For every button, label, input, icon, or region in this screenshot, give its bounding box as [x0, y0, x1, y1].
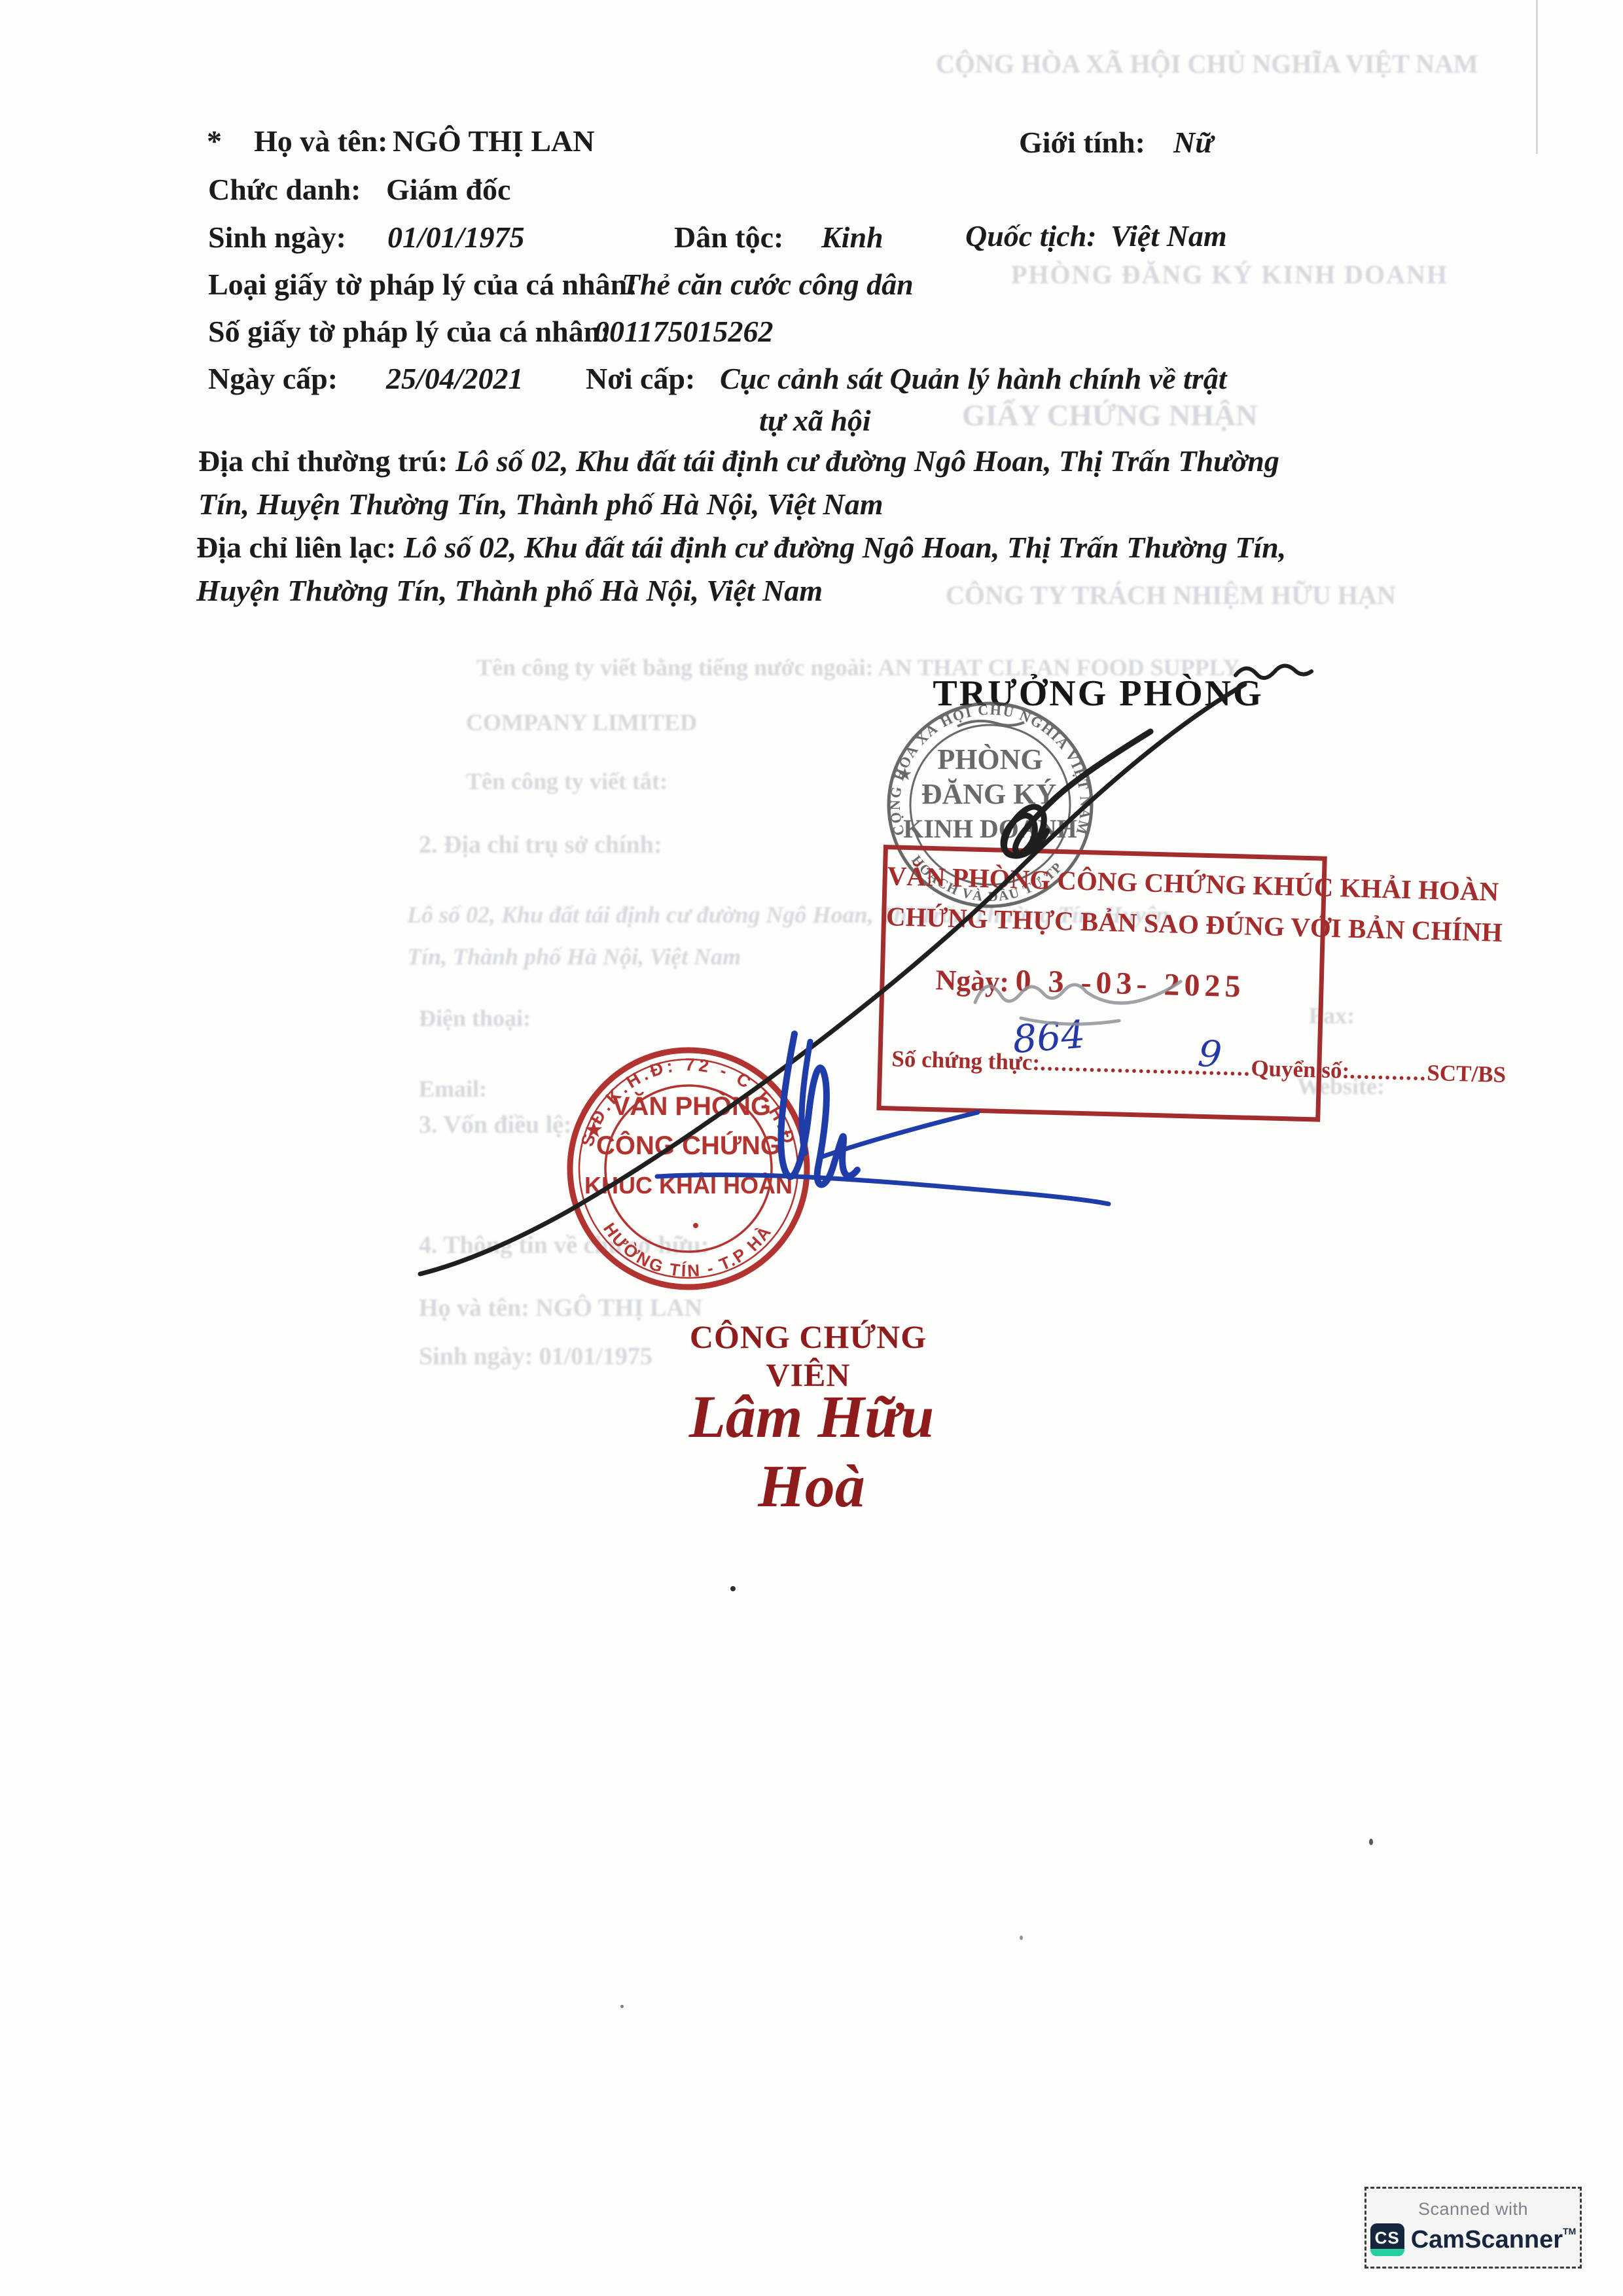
certification-date-label: Ngày: [935, 963, 1010, 998]
ghost-line: Tên công ty viết tắt: [466, 769, 668, 793]
notary-stamp-star-icon: ★ [584, 1118, 603, 1142]
registry-stamp-line2: ĐĂNG KÝ [921, 778, 1057, 810]
book-suffix: SCT/BS [1427, 1060, 1507, 1087]
blue-signature-loops [781, 1034, 857, 1185]
notary-stamp-line2: CÔNG CHỨNG [596, 1130, 781, 1160]
contact-address-label: Địa chỉ liên lạc: [196, 531, 396, 564]
registry-stamp-line3: KINH DOANH [903, 814, 1077, 843]
title-label: Chức danh: [208, 175, 361, 205]
ghost-line: Họ và tên: NGÔ THỊ LAN [419, 1296, 702, 1320]
gender-value: Nữ [1173, 128, 1213, 158]
certification-stamp-text: CHỨNG THỰC BẢN SAO ĐÚNG VỚI BẢN CHÍNH [886, 900, 1321, 943]
title-value: Giám đốc [386, 175, 510, 205]
ghost-line: Sinh ngày: 01/01/1975 [419, 1344, 652, 1369]
dob-label: Sinh ngày: [208, 222, 346, 253]
legal-doc-type-label: Loại giấy tờ pháp lý của cá nhân: [208, 270, 637, 300]
notary-office-round-stamp: S.Đ.K.H.Đ: 72 - C.T.H.Đ H. THƯỜNG TÍN - … [558, 1038, 819, 1299]
registry-stamp-ring-top: CỘNG HÒA XÃ HỘI CHỦ NGHĨA VIỆT NAM [887, 701, 1094, 838]
notary-stamp-ring-top: S.Đ.K.H.Đ: 72 - C.T.H.Đ [577, 1055, 800, 1149]
notary-name-script: Lâm Hữu Hoà [628, 1382, 995, 1521]
scan-speck [620, 2005, 624, 2008]
blue-signature-stroke2 [802, 1042, 810, 1153]
permanent-address-value: Lô số 02, Khu đất tái định cư đường Ngô … [455, 444, 1279, 478]
book-dots-2: .... [1399, 1059, 1427, 1086]
approver-title: TRƯỞNG PHÒNG [915, 673, 1281, 715]
legal-doc-number-value: 001175015262 [594, 317, 773, 347]
book-dots-1: ....... [1349, 1058, 1399, 1085]
permanent-address-line2: Tín, Huyện Thường Tín, Thành phố Hà Nội,… [198, 489, 883, 520]
ghost-line: Tín, Thành phố Hà Nội, Việt Nam [407, 945, 741, 968]
contact-address-line2: Huyện Thường Tín, Thành phố Hà Nội, Việt… [196, 576, 823, 606]
registry-stamp-line1: PHÒNG [937, 743, 1043, 775]
book-number-label: Quyển số: [1251, 1055, 1350, 1084]
issue-date-value: 25/04/2021 [386, 364, 524, 394]
ethnicity-value: Kinh [821, 222, 883, 253]
scan-speck [1369, 1839, 1373, 1845]
ethnicity-label: Dân tộc: [674, 222, 783, 253]
ghost-line: Email: [419, 1077, 487, 1101]
registry-stamp-star-icon: ★ [897, 765, 912, 784]
name-value: NGÔ THỊ LAN [393, 126, 594, 156]
legal-doc-number-label: Số giấy tờ pháp lý của cá nhân: [208, 317, 611, 347]
gender-label: Giới tính: [1019, 128, 1145, 158]
ghost-line: GIẤY CHỨNG NHẬN [962, 400, 1257, 431]
camscanner-badge: Scanned with CS CamScannerTM [1364, 2187, 1582, 2269]
blue-signature-underline [657, 1174, 1109, 1204]
issue-place-value-line2: tự xã hội [759, 406, 871, 436]
ghost-line: COMPANY LIMITED [466, 711, 697, 734]
issue-place-label: Nơi cấp: [586, 364, 695, 394]
dob-value: 01/01/1975 [387, 222, 525, 253]
permanent-address-line1: Địa chỉ thường trú: Lô số 02, Khu đất tá… [198, 446, 1279, 476]
ghost-line: CỘNG HÒA XÃ HỘI CHỦ NGHĨA VIỆT NAM [936, 51, 1478, 77]
camscanner-tm: TM [1563, 2226, 1576, 2236]
svg-text:S.Đ.K.H.Đ: 72 - C.T.H.Đ: S.Đ.K.H.Đ: 72 - C.T.H.Đ [577, 1055, 800, 1149]
camscanner-app-name: CamScanner [1411, 2226, 1563, 2253]
ghost-line: CÔNG TY TRÁCH NHIỆM HỮU HẠN [946, 582, 1396, 609]
notary-stamp-line3: KHÚC KHẢI HOÀN [584, 1171, 793, 1199]
scan-edge-artifact [1536, 0, 1538, 154]
issue-date-label: Ngày cấp: [208, 364, 338, 394]
contact-address-value: Lô số 02, Khu đất tái định cư đường Ngô … [404, 531, 1286, 564]
bullet-star: * [207, 126, 222, 156]
ghost-line: PHÒNG ĐĂNG KÝ KINH DOANH [1011, 262, 1448, 288]
notary-stamp-line1: VĂN PHÒNG [613, 1091, 771, 1121]
legal-doc-type-value: Thẻ căn cước công dân [622, 270, 914, 300]
ghost-line: 4. Thông tin về chủ sở hữu: [419, 1233, 709, 1258]
scan-speck [730, 1586, 736, 1591]
black-spiral-scribble [1003, 732, 1150, 856]
issue-place-value-line1: Cục cảnh sát Quản lý hành chính về trật [720, 364, 1227, 394]
svg-text:CỘNG HÒA XÃ HỘI CHỦ NGHĨA VIỆT: CỘNG HÒA XÃ HỘI CHỦ NGHĨA VIỆT NAM [887, 701, 1094, 838]
ghost-line: 2. Địa chỉ trụ sở chính: [419, 832, 662, 857]
ghost-line: Điện thoại: [419, 1006, 531, 1030]
certification-stamp: VĂN PHÒNG CÔNG CHỨNG KHÚC KHẢI HOÀN CHỨN… [876, 845, 1327, 1122]
contact-address-line1: Địa chỉ liên lạc: Lô số 02, Khu đất tái … [196, 533, 1286, 563]
scanned-with-label: Scanned with [1418, 2199, 1528, 2219]
blue-signature-flick [822, 1112, 978, 1157]
camscanner-icon: CS [1370, 2223, 1404, 2256]
ghost-line: 3. Vốn điều lệ: [419, 1112, 572, 1137]
handwritten-book-number: 9 [1196, 1033, 1224, 1077]
nationality-value: Việt Nam [1111, 221, 1227, 251]
permanent-address-label: Địa chỉ thường trú: [198, 444, 448, 478]
certification-stamp-office: VĂN PHÒNG CÔNG CHỨNG KHÚC KHẢI HOÀN [887, 860, 1322, 902]
scan-speck [1020, 1935, 1023, 1940]
nationality-label: Quốc tịch: [965, 221, 1097, 251]
handwritten-cert-number: 864 [1011, 1012, 1087, 1061]
name-label: Họ và tên: [254, 126, 387, 156]
scanned-document-page: CỘNG HÒA XÃ HỘI CHỦ NGHĨA VIỆT NAM PHÒNG… [0, 0, 1623, 2296]
camscanner-icon-letters: CS [1375, 2228, 1400, 2248]
certification-date-value: 0 3 -03- 2025 [1015, 963, 1245, 1004]
